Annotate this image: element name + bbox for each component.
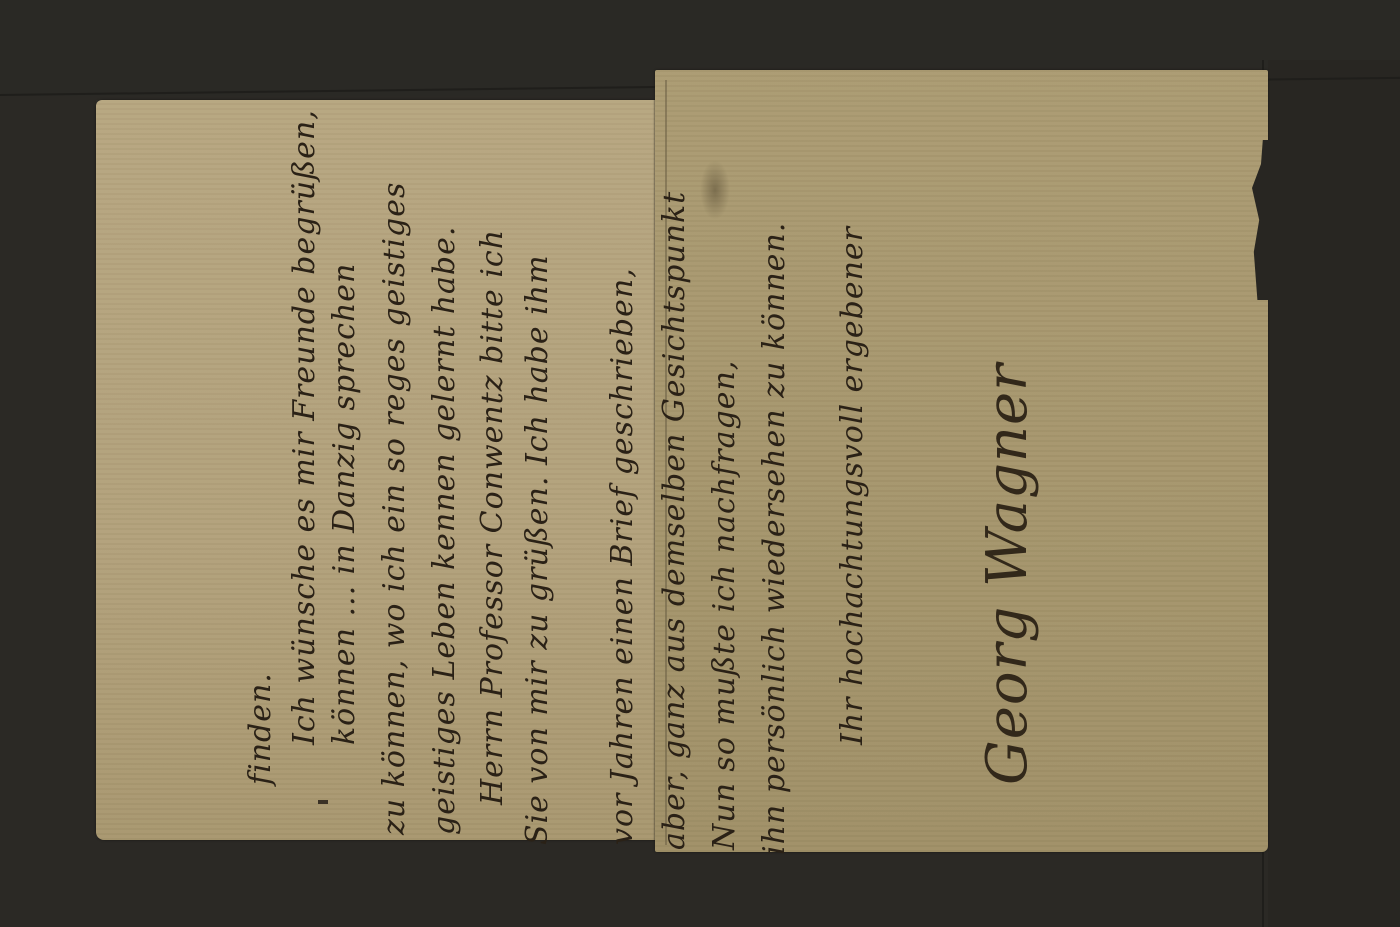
letter-line: vor Jahren einen Brief geschrieben,: [605, 267, 640, 845]
letter-line: Herrn Professor Conwentz bitte ich: [475, 229, 510, 805]
signature: Georg Wagner: [975, 363, 1040, 785]
letter-line: ihn persönlich wiedersehen zu können.: [757, 222, 792, 855]
letter-line: können ... in Danzig sprechen: [327, 263, 362, 745]
dark-board-right: [1268, 60, 1400, 927]
letter-line: finden.: [243, 672, 278, 785]
letter-closing: Ihr hochachtungsvoll ergebener: [835, 226, 870, 745]
letter-line: Sie von mir zu grüßen. Ich habe ihm: [520, 254, 555, 845]
letter-line: zu können, wo ich ein so reges geistiges: [377, 182, 412, 835]
handwritten-text: finden. Ich wünsche es mir Freunde begrü…: [220, 150, 940, 830]
letter-line: Nun so mußte ich nachfragen,: [707, 360, 742, 850]
letter-line: aber, ganz aus demselben Gesichtspunkt: [657, 191, 692, 850]
letter-line: geistiges Leben kennen gelernt habe.: [427, 226, 462, 835]
letter-line: Ich wünsche es mir Freunde begrüßen,: [287, 109, 322, 745]
